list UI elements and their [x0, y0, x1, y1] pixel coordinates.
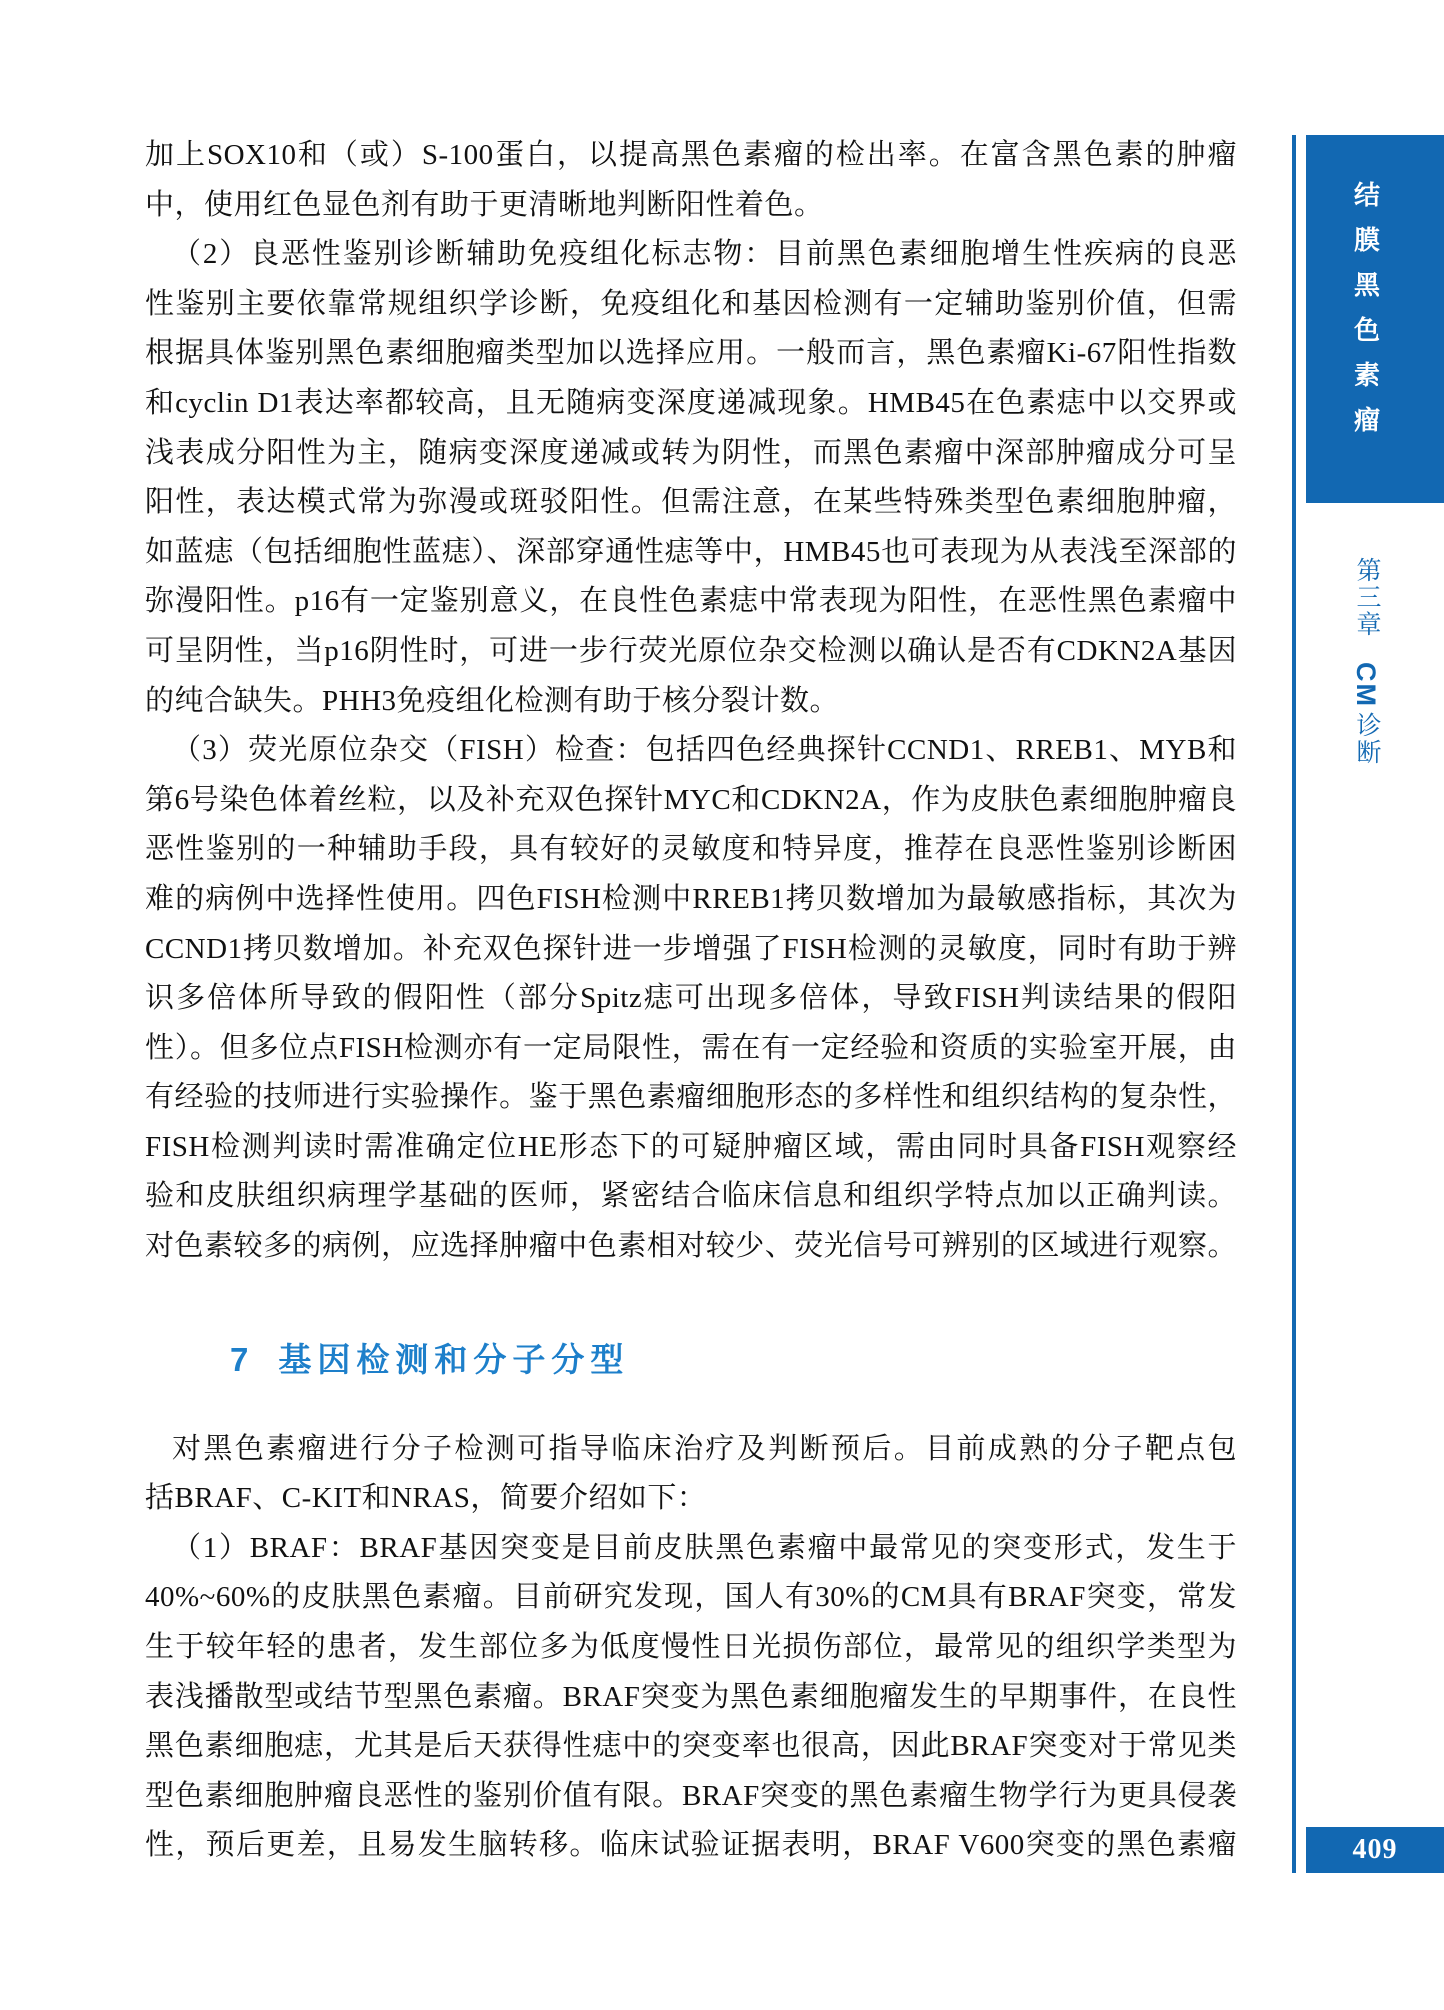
text-line: 括BRAF、C-KIT和NRAS，简要介绍如下： [145, 1474, 1237, 1524]
text-line: （3）荧光原位杂交（FISH）检查：包括四色经典探针CCND1、RREB1、MY… [145, 726, 1237, 776]
text-line: 性鉴别主要依靠常规组织学诊断，免疫组化和基因检测有一定辅助鉴别价值，但需 [145, 280, 1237, 330]
text-line: 黑色素细胞痣，尤其是后天获得性痣中的突变率也很高，因此BRAF突变对于常见类 [145, 1722, 1237, 1772]
text-line: 表浅播散型或结节型黑色素瘤。BRAF突变为黑色素细胞瘤发生的早期事件，在良性 [145, 1673, 1237, 1723]
text-line: 加上SOX10和（或）S-100蛋白，以提高黑色素瘤的检出率。在富含黑色素的肿瘤 [145, 131, 1237, 181]
paragraph: 加上SOX10和（或）S-100蛋白，以提高黑色素瘤的检出率。在富含黑色素的肿瘤… [145, 131, 1237, 230]
body-paragraphs-bottom: 对黑色素瘤进行分子检测可指导临床治疗及判断预后。目前成熟的分子靶点包括BRAF、… [145, 1425, 1237, 1871]
text-line: FISH检测判读时需准确定位HE形态下的可疑肿瘤区域，需由同时具备FISH观察经 [145, 1123, 1237, 1173]
chapter-label-text: 第三章CM诊断 [1348, 557, 1384, 817]
text-line: 和cyclin D1表达率都较高，且无随病变深度递减现象。HMB45在色素痣中以… [145, 379, 1237, 429]
sidebar-section-tab: 结膜黑色素瘤 [1306, 135, 1444, 503]
text-line: 难的病例中选择性使用。四色FISH检测中RREB1拷贝数增加为最敏感指标，其次为 [145, 875, 1237, 925]
text-line: 生于较年轻的患者，发生部位多为低度慢性日光损伤部位，最常见的组织学类型为 [145, 1623, 1237, 1673]
section-heading: 7基因检测和分子分型 [145, 1338, 1237, 1382]
text-line: 浅表成分阳性为主，随病变深度递减或转为阴性，而黑色素瘤中深部肿瘤成分可呈 [145, 429, 1237, 479]
paragraph: 对黑色素瘤进行分子检测可指导临床治疗及判断预后。目前成熟的分子靶点包括BRAF、… [145, 1425, 1237, 1524]
text-line: （2）良恶性鉴别诊断辅助免疫组化标志物：目前黑色素细胞增生性疾病的良恶 [145, 230, 1237, 280]
sidebar-chapter-label: 第三章CM诊断 [1306, 557, 1444, 817]
text-line: 有经验的技师进行实验操作。鉴于黑色素瘤细胞形态的多样性和组织结构的复杂性， [145, 1073, 1237, 1123]
sidebar-section-title: 结膜黑色素瘤 [1348, 181, 1385, 503]
paragraph: （2）良恶性鉴别诊断辅助免疫组化标志物：目前黑色素细胞增生性疾病的良恶性鉴别主要… [145, 230, 1237, 726]
text-line: 对黑色素瘤进行分子检测可指导临床治疗及判断预后。目前成熟的分子靶点包 [145, 1425, 1237, 1475]
book-page: 加上SOX10和（或）S-100蛋白，以提高黑色素瘤的检出率。在富含黑色素的肿瘤… [0, 0, 1444, 2010]
text-line: 弥漫阳性。p16有一定鉴别意义，在良性色素痣中常表现为阳性，在恶性黑色素瘤中 [145, 577, 1237, 627]
text-line: （1）BRAF：BRAF基因突变是目前皮肤黑色素瘤中最常见的突变形式，发生于 [145, 1524, 1237, 1574]
text-line: 可呈阴性，当p16阴性时，可进一步行荧光原位杂交检测以确认是否有CDKN2A基因 [145, 627, 1237, 677]
text-line: 识多倍体所导致的假阳性（部分Spitz痣可出现多倍体，导致FISH判读结果的假阳 [145, 974, 1237, 1024]
text-line: 性）。但多位点FISH检测亦有一定局限性，需在有一定经验和资质的实验室开展，由 [145, 1024, 1237, 1074]
chapter-code: CM [1351, 662, 1381, 708]
page-number-badge: 409 [1306, 1827, 1444, 1873]
text-line: 对色素较多的病例，应选择肿瘤中色素相对较少、荧光信号可辨别的区域进行观察。 [145, 1222, 1237, 1272]
chapter-number-label: 第三章 [1353, 557, 1380, 638]
text-line: 性，预后更差，且易发生脑转移。临床试验证据表明，BRAF V600突变的黑色素瘤 [145, 1821, 1237, 1871]
section-heading-title: 基因检测和分子分型 [278, 1341, 629, 1378]
text-line: 验和皮肤组织病理学基础的医师，紧密结合临床信息和组织学特点加以正确判读。 [145, 1172, 1237, 1222]
text-line: 阳性，表达模式常为弥漫或斑驳阳性。但需注意，在某些特殊类型色素细胞肿瘤， [145, 478, 1237, 528]
text-line: 如蓝痣（包括细胞性蓝痣）、深部穿通性痣等中，HMB45也可表现为从表浅至深部的 [145, 528, 1237, 578]
text-line: 第6号染色体着丝粒，以及补充双色探针MYC和CDKN2A，作为皮肤色素细胞肿瘤良 [145, 776, 1237, 826]
text-line: 根据具体鉴别黑色素细胞瘤类型加以选择应用。一般而言，黑色素瘤Ki-67阳性指数 [145, 329, 1237, 379]
paragraph: （1）BRAF：BRAF基因突变是目前皮肤黑色素瘤中最常见的突变形式，发生于40… [145, 1524, 1237, 1871]
text-line: 中，使用红色显色剂有助于更清晰地判断阳性着色。 [145, 181, 1237, 231]
paragraph: （3）荧光原位杂交（FISH）检查：包括四色经典探针CCND1、RREB1、MY… [145, 726, 1237, 1272]
body-paragraphs-top: 加上SOX10和（或）S-100蛋白，以提高黑色素瘤的检出率。在富含黑色素的肿瘤… [145, 131, 1237, 1272]
text-line: 的纯合缺失。PHH3免疫组化检测有助于核分裂计数。 [145, 677, 1237, 727]
section-heading-number: 7 [230, 1341, 248, 1378]
text-line: 型色素细胞肿瘤良恶性的鉴别价值有限。BRAF突变的黑色素瘤生物学行为更具侵袭 [145, 1772, 1237, 1822]
text-line: CCND1拷贝数增加。补充双色探针进一步增强了FISH检测的灵敏度，同时有助于辨 [145, 925, 1237, 975]
text-line: 40%~60%的皮肤黑色素瘤。目前研究发现，国人有30%的CM具有BRAF突变，… [145, 1573, 1237, 1623]
sidebar-rule [1292, 135, 1296, 1873]
page-number: 409 [1353, 1834, 1398, 1866]
chapter-code-suffix: 诊断 [1353, 712, 1380, 766]
main-text-column: 加上SOX10和（或）S-100蛋白，以提高黑色素瘤的检出率。在富含黑色素的肿瘤… [145, 131, 1237, 1871]
text-line: 恶性鉴别的一种辅助手段，具有较好的灵敏度和特异度，推荐在良恶性鉴别诊断困 [145, 825, 1237, 875]
